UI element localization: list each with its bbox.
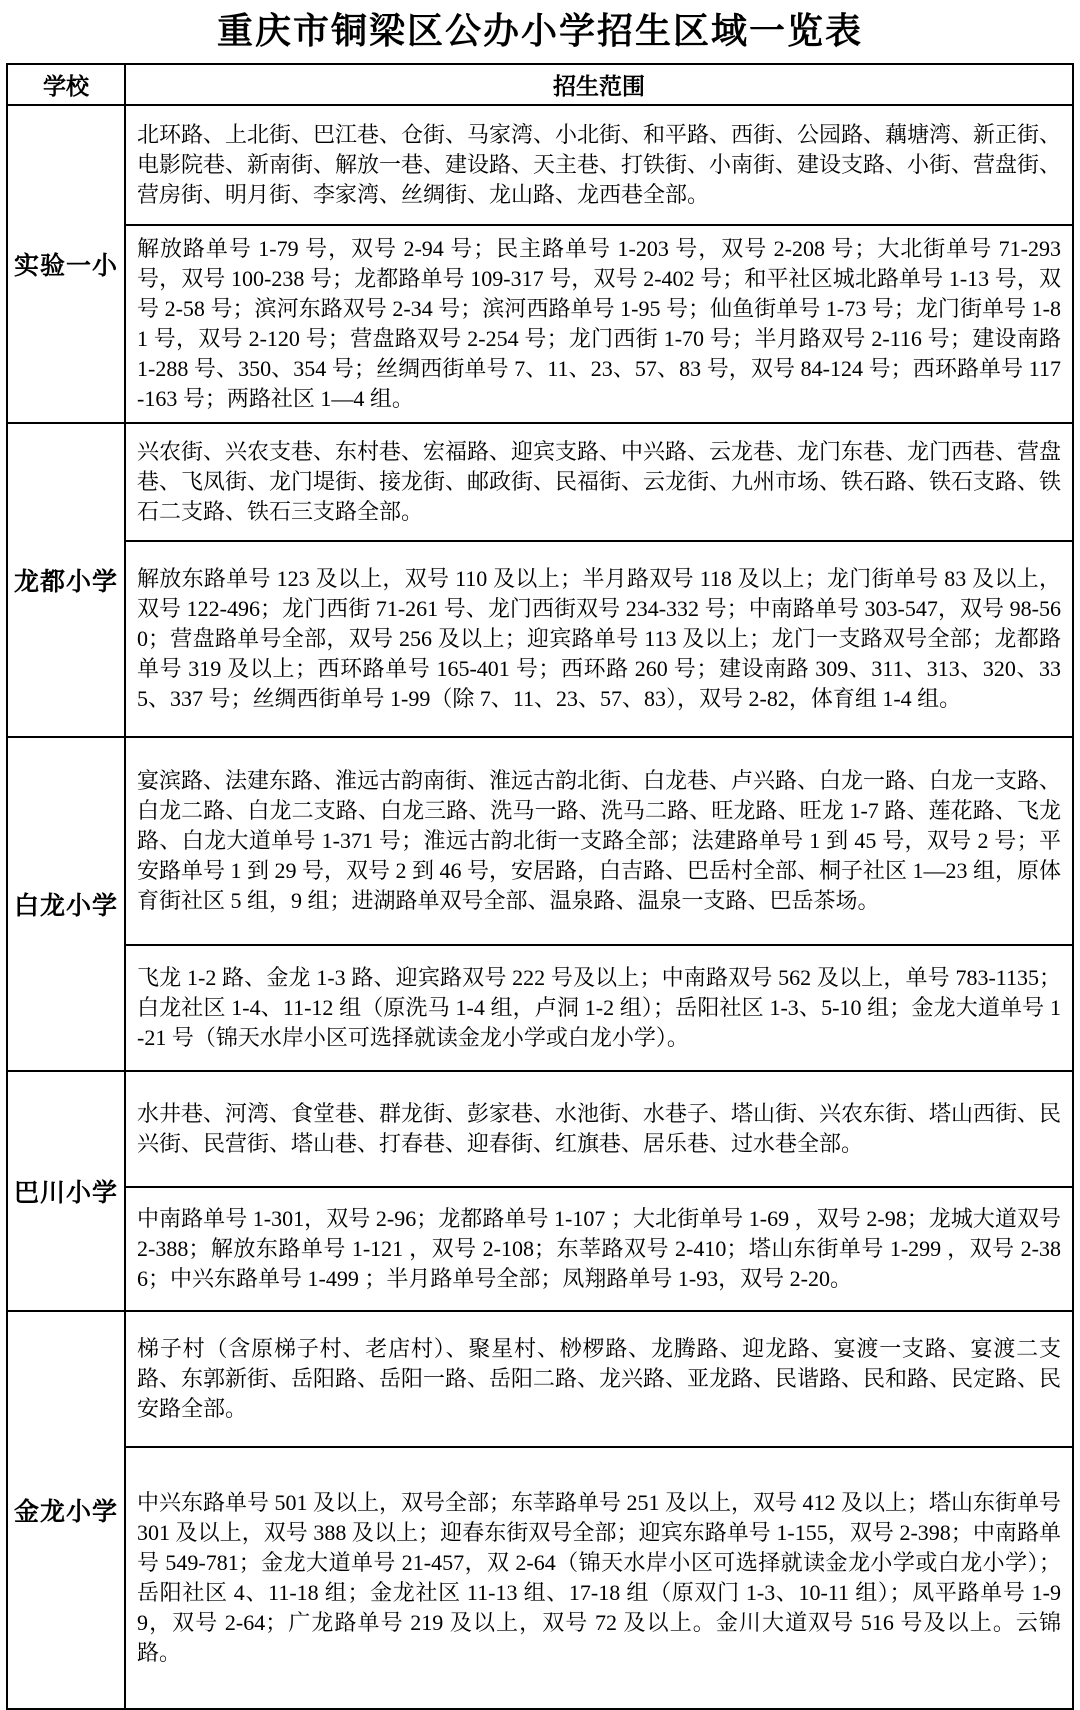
table-row: 金龙小学 梯子村（含原梯子村、老店村）、聚星村、桫椤路、龙腾路、迎龙路、宴渡一支…	[7, 1311, 1073, 1447]
range-paragraph: 中兴东路单号 501 及以上，双号全部；东莘路单号 251 及以上，双号 412…	[125, 1447, 1073, 1709]
range-paragraph: 兴农街、兴农支巷、东村巷、宏福路、迎宾支路、中兴路、云龙巷、龙门东巷、龙门西巷、…	[125, 423, 1073, 541]
range-paragraph: 梯子村（含原梯子村、老店村）、聚星村、桫椤路、龙腾路、迎龙路、宴渡一支路、宴渡二…	[125, 1311, 1073, 1447]
school-name-bachuan: 巴川小学	[7, 1071, 125, 1311]
range-paragraph: 中南路单号 1-301，双号 2-96；龙都路单号 1-107 ；大北街单号 1…	[125, 1187, 1073, 1311]
header-school: 学校	[7, 64, 125, 105]
table-row: 解放路单号 1-79 号，双号 2-94 号；民主路单号 1-203 号，双号 …	[7, 225, 1073, 423]
school-name-shiyanyixiao: 实验一小	[7, 105, 125, 423]
table-header-row: 学校 招生范围	[7, 64, 1073, 105]
page-title: 重庆市铜梁区公办小学招生区域一览表	[6, 8, 1074, 55]
range-paragraph: 北环路、上北街、巴江巷、仓街、马家湾、小北街、和平路、西街、公园路、藕塘湾、新正…	[125, 105, 1073, 225]
enrollment-table: 学校 招生范围 实验一小 北环路、上北街、巴江巷、仓街、马家湾、小北街、和平路、…	[6, 63, 1074, 1710]
table-row: 龙都小学 兴农街、兴农支巷、东村巷、宏福路、迎宾支路、中兴路、云龙巷、龙门东巷、…	[7, 423, 1073, 541]
table-row: 实验一小 北环路、上北街、巴江巷、仓街、马家湾、小北街、和平路、西街、公园路、藕…	[7, 105, 1073, 225]
table-row: 中兴东路单号 501 及以上，双号全部；东莘路单号 251 及以上，双号 412…	[7, 1447, 1073, 1709]
document-page: 重庆市铜梁区公办小学招生区域一览表 学校 招生范围 实验一小 北环路、上北街、巴…	[6, 0, 1074, 1710]
range-paragraph: 飞龙 1-2 路、金龙 1-3 路、迎宾路双号 222 号及以上；中南路双号 5…	[125, 945, 1073, 1071]
header-range: 招生范围	[125, 64, 1073, 105]
table-row: 解放东路单号 123 及以上，双号 110 及以上；半月路双号 118 及以上；…	[7, 541, 1073, 737]
school-name-bailong: 白龙小学	[7, 737, 125, 1071]
table-row: 飞龙 1-2 路、金龙 1-3 路、迎宾路双号 222 号及以上；中南路双号 5…	[7, 945, 1073, 1071]
range-paragraph: 宴滨路、法建东路、淮远古韵南街、淮远古韵北街、白龙巷、卢兴路、白龙一路、白龙一支…	[125, 737, 1073, 945]
school-name-jinlong: 金龙小学	[7, 1311, 125, 1709]
range-paragraph: 解放东路单号 123 及以上，双号 110 及以上；半月路双号 118 及以上；…	[125, 541, 1073, 737]
range-paragraph: 水井巷、河湾、食堂巷、群龙街、彭家巷、水池街、水巷子、塔山街、兴农东街、塔山西街…	[125, 1071, 1073, 1187]
table-row: 巴川小学 水井巷、河湾、食堂巷、群龙街、彭家巷、水池街、水巷子、塔山街、兴农东街…	[7, 1071, 1073, 1187]
range-paragraph: 解放路单号 1-79 号，双号 2-94 号；民主路单号 1-203 号，双号 …	[125, 225, 1073, 423]
table-row: 中南路单号 1-301，双号 2-96；龙都路单号 1-107 ；大北街单号 1…	[7, 1187, 1073, 1311]
table-row: 白龙小学 宴滨路、法建东路、淮远古韵南街、淮远古韵北街、白龙巷、卢兴路、白龙一路…	[7, 737, 1073, 945]
school-name-longdu: 龙都小学	[7, 423, 125, 737]
